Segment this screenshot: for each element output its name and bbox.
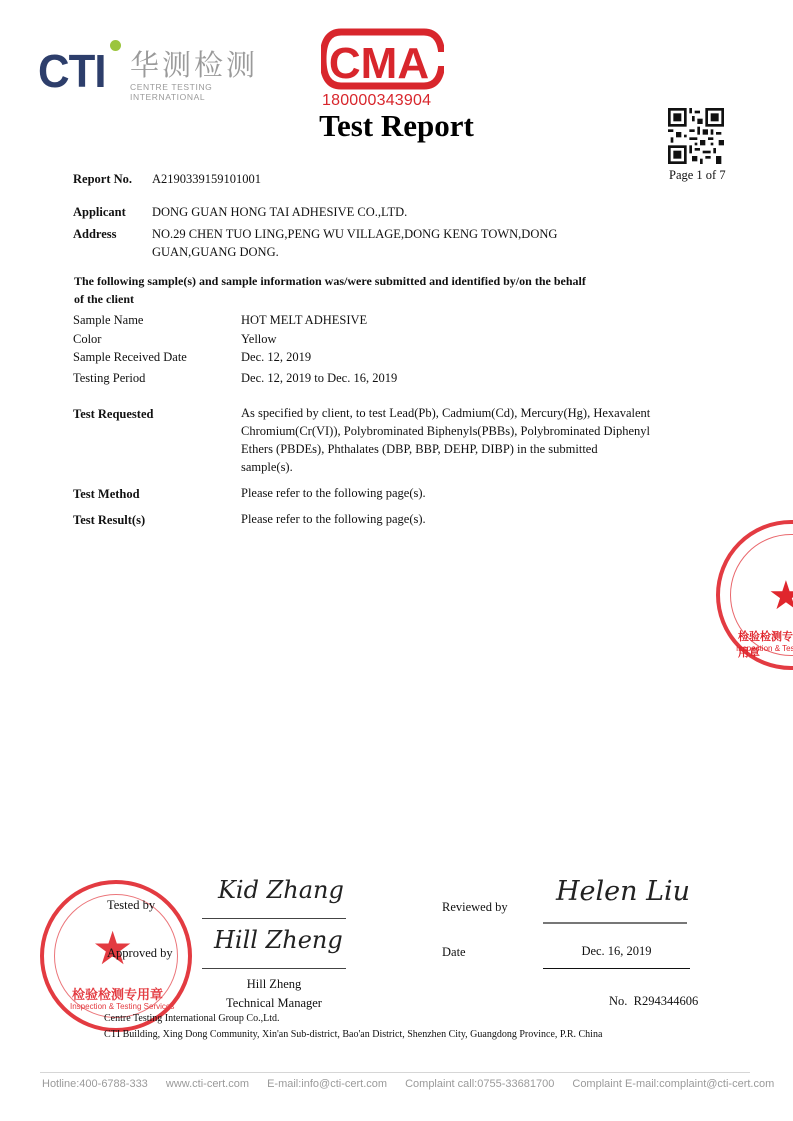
report-no-value: A2190339159101001: [152, 171, 261, 187]
address-line-2: GUAN,GUANG DONG.: [152, 244, 279, 260]
approved-by-signature: Hill Zheng: [214, 926, 343, 954]
tested-by-signature: Kid Zhang: [218, 876, 344, 904]
approver-title: Technical Manager: [202, 996, 346, 1011]
reviewed-by-signature: Helen Liu: [556, 876, 690, 907]
document-number: No. R294344606: [609, 993, 698, 1009]
report-no-label: Report No.: [73, 171, 132, 187]
cti-logo: CTI 华测检测 CENTRE TESTING INTERNATIONAL: [38, 40, 288, 94]
address-line-1: NO.29 CHEN TUO LING,PENG WU VILLAGE,DONG…: [152, 226, 557, 242]
testing-period-value: Dec. 12, 2019 to Dec. 16, 2019: [241, 370, 397, 386]
cti-logo-letters: CTI: [38, 48, 106, 94]
sample-name-label: Sample Name: [73, 312, 143, 328]
color-value: Yellow: [241, 331, 277, 347]
test-requested-line-1: As specified by client, to test Lead(Pb)…: [241, 405, 650, 421]
applicant-label: Applicant: [73, 204, 126, 220]
sample-intro-line-2: of the client: [74, 292, 134, 307]
cma-logo: CMA: [321, 28, 444, 90]
cti-logo-chinese: 华测检测: [130, 49, 258, 81]
cma-label: CMA: [329, 39, 429, 88]
approved-by-label: Approved by: [107, 945, 173, 961]
footer-contacts: Hotline:400-6788-333 www.cti-cert.com E-…: [42, 1078, 762, 1090]
seal-english-bottom: Inspection & Testing Services: [70, 1002, 174, 1011]
tested-by-line: [202, 918, 346, 919]
seal-chinese-bottom: 检验检测专用章: [72, 984, 163, 1003]
company-name: Centre Testing International Group Co.,L…: [104, 1013, 279, 1024]
tested-by-label: Tested by: [107, 897, 155, 913]
date-label: Date: [442, 944, 466, 960]
test-requested-line-2: Chromium(Cr(VI)), Polybrominated Bipheny…: [241, 423, 650, 439]
test-requested-line-4: sample(s).: [241, 459, 293, 475]
test-requested-line-3: Ethers (PBDEs), Phthalates (DBP, BBP, DE…: [241, 441, 598, 457]
reviewed-by-line: [543, 922, 687, 924]
date-value: Dec. 16, 2019: [543, 944, 690, 959]
test-result-value: Please refer to the following page(s).: [241, 511, 426, 527]
address-label: Address: [73, 226, 117, 242]
received-date-value: Dec. 12, 2019: [241, 349, 311, 365]
received-date-label: Sample Received Date: [73, 349, 187, 365]
approved-by-line: [202, 968, 346, 969]
seal-star-icon: ★: [768, 576, 793, 616]
footer-email[interactable]: E-mail:info@cti-cert.com: [267, 1078, 387, 1090]
sample-intro-line-1: The following sample(s) and sample infor…: [74, 274, 586, 289]
test-result-label: Test Result(s): [73, 512, 145, 528]
footer-complaint-call: Complaint call:0755-33681700: [405, 1078, 554, 1090]
test-method-value: Please refer to the following page(s).: [241, 485, 426, 501]
applicant-value: DONG GUAN HONG TAI ADHESIVE CO.,LTD.: [152, 204, 407, 220]
seal-right-en: Inspection & Testing Services: [736, 644, 793, 653]
reviewed-by-label: Reviewed by: [442, 899, 508, 915]
cti-logo-english: CENTRE TESTING INTERNATIONAL: [130, 82, 288, 102]
company-address: CTI Building, Xing Dong Community, Xin'a…: [104, 1029, 602, 1040]
seal-right-partial: ★ 检验检测专用章 Inspection & Testing Services: [716, 520, 793, 680]
footer-website[interactable]: www.cti-cert.com: [166, 1078, 249, 1090]
page-number: Page 1 of 7: [669, 168, 726, 183]
test-requested-label: Test Requested: [73, 406, 153, 422]
cti-logo-dot: [110, 40, 121, 51]
test-method-label: Test Method: [73, 486, 140, 502]
color-label: Color: [73, 331, 101, 347]
footer-complaint-email[interactable]: Complaint E-mail:complaint@cti-cert.com: [572, 1078, 774, 1090]
footer-hotline: Hotline:400-6788-333: [42, 1078, 148, 1090]
testing-period-label: Testing Period: [73, 370, 145, 386]
approver-name: Hill Zheng: [202, 977, 346, 992]
sample-name-value: HOT MELT ADHESIVE: [241, 312, 367, 328]
qr-code-icon[interactable]: [668, 108, 724, 164]
footer-divider: [40, 1072, 750, 1073]
date-line: [543, 968, 690, 969]
